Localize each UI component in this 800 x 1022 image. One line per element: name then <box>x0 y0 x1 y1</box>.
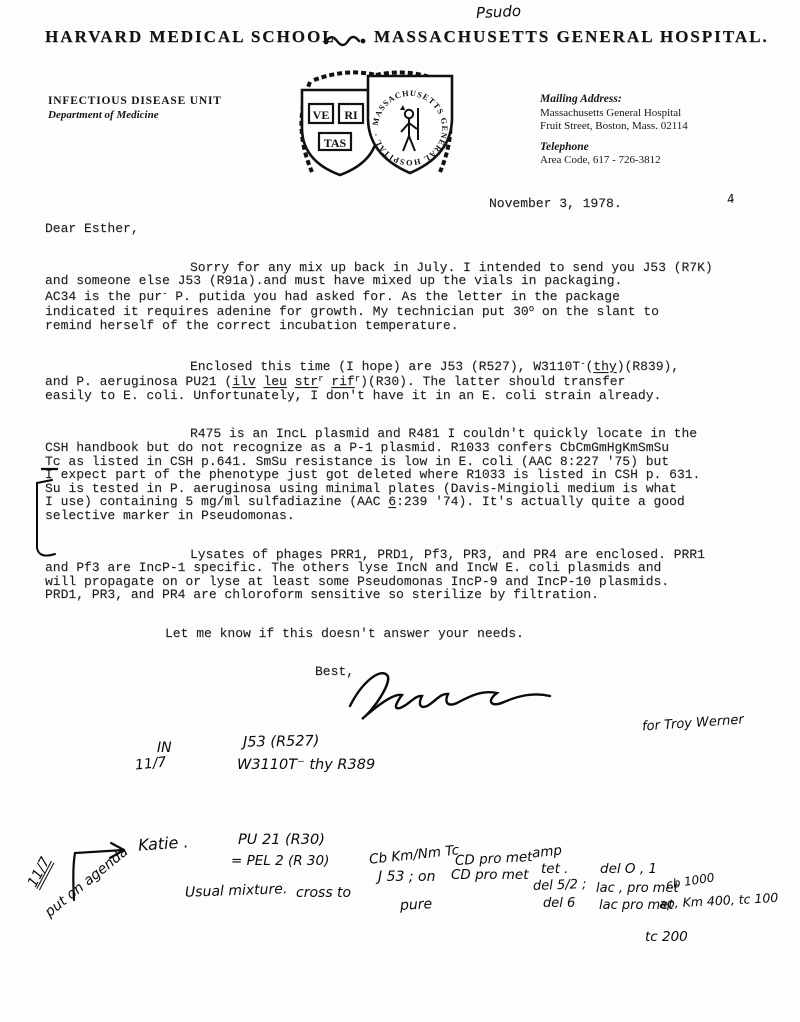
handwritten-strain-note-2: W3110T⁻ thy R389 <box>237 757 375 773</box>
handwritten-j53-on: J 53 ; on <box>378 869 435 885</box>
handwritten-pure: pure <box>400 896 433 914</box>
telephone-label: Telephone <box>540 141 688 155</box>
svg-text:TAS: TAS <box>324 136 347 150</box>
mailing-address-block: Mailing Address: Massachusetts General H… <box>540 93 688 168</box>
harvard-shield: VE RI TAS <box>302 90 378 175</box>
handwritten-cross-to: cross to <box>296 885 351 901</box>
svg-text:RI: RI <box>344 108 358 122</box>
header-title-harvard: HARVARD MEDICAL SCHOOL <box>45 27 336 47</box>
handwritten-del-5-2: del 5/2 ; <box>533 877 587 894</box>
header-title-mgh: MASSACHUSETTS GENERAL HOSPITAL. <box>374 27 769 47</box>
handwritten-pu21-line2: = PEL 2 (R 30) <box>231 853 329 869</box>
svg-text:VE: VE <box>313 108 330 122</box>
letter-body: Dear Esther, Sorry for any mix up back i… <box>45 222 761 704</box>
handwritten-del-6: del 6 <box>543 896 575 911</box>
letter-date: November 3, 1978. <box>489 196 622 211</box>
telephone-number: Area Code, 617 - 726-3812 <box>540 154 688 168</box>
mailing-address-label: Mailing Address: <box>540 93 688 107</box>
handwritten-attribution: for Troy Werner <box>642 712 745 734</box>
margin-bracket-mark <box>28 460 62 564</box>
scanned-letter-page: HARVARD MEDICAL SCHOOL MASSACHUSETTS GEN… <box>0 0 800 1022</box>
header-ornament-icon <box>322 34 368 48</box>
mailing-address-line1: Massachusetts General Hospital <box>540 107 688 121</box>
handwritten-del-0-1: del O , 1 <box>600 861 657 877</box>
handwritten-agenda-date: 11/7 <box>25 855 55 891</box>
handwritten-katie: Katie . <box>137 832 189 854</box>
handwritten-cd-pro-met-2: CD pro met <box>451 867 529 883</box>
handwritten-tc-200: tc 200 <box>645 929 688 945</box>
department-name: Department of Medicine <box>48 109 159 121</box>
handwritten-strain-note-1: J53 (R527) <box>243 733 320 750</box>
handwritten-in-date: 11/7 <box>134 754 167 773</box>
handwritten-cb-km-nm-tc: Cb Km/Nm Tc <box>368 842 460 867</box>
mailing-address-line2: Fruit Street, Boston, Mass. 02114 <box>540 120 688 134</box>
handwritten-pu21-line1: PU 21 (R30) <box>238 832 325 848</box>
handwritten-date-mark: 4 <box>726 191 736 206</box>
handwritten-tet: tet . <box>541 861 568 877</box>
handwritten-amp: amp <box>531 842 563 861</box>
handwritten-pseudo-note: Psudo <box>476 2 522 22</box>
handwritten-cb-1000: cb 1000 <box>665 870 715 891</box>
unit-name: INFECTIOUS DISEASE UNIT <box>48 95 222 107</box>
harvard-mgh-seals-icon: VE RI TAS MASSACHUSETTS GENERAL HOSPITAL… <box>292 66 460 190</box>
signature-scrawl <box>330 662 580 726</box>
letter-paragraphs: Sorry for any mix up back in July. I int… <box>45 261 761 679</box>
handwritten-cd-pro-met-1: CD pro met <box>455 849 533 869</box>
salutation: Dear Esther, <box>45 222 761 236</box>
handwritten-usual-mixture: Usual mixture. <box>185 881 288 901</box>
